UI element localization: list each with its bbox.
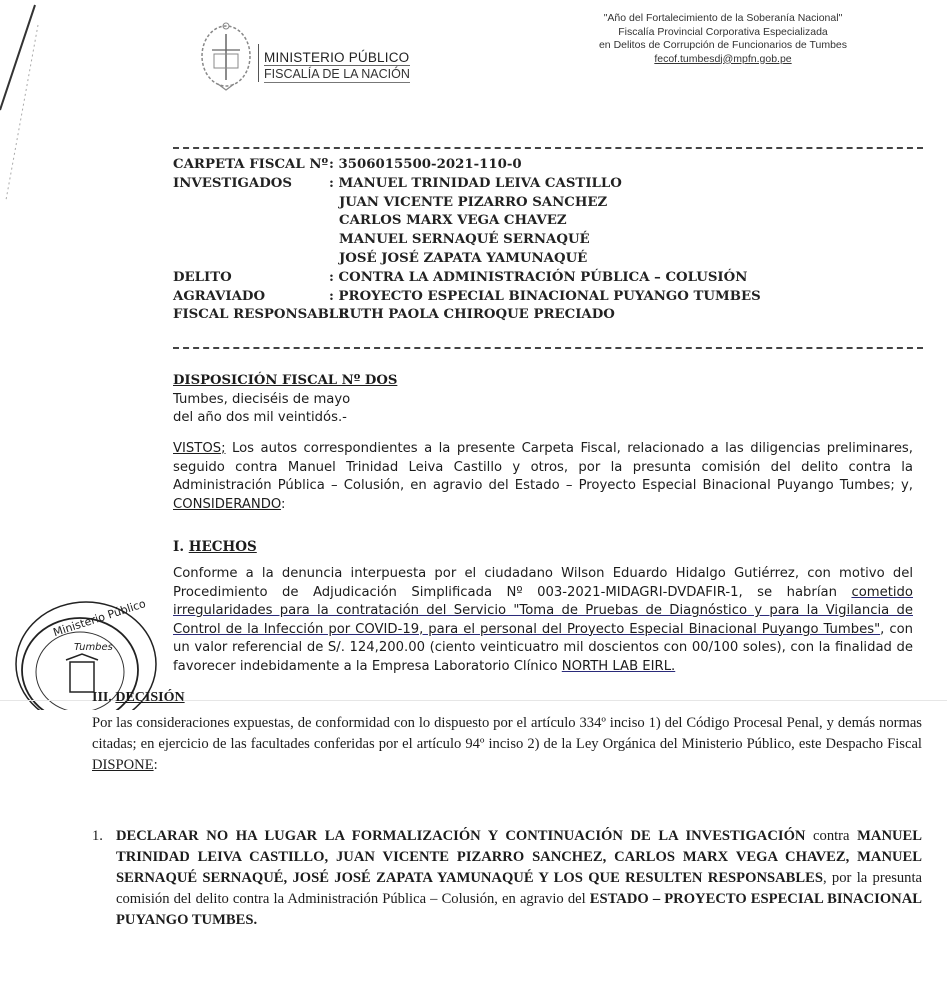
delito-row: DELITO : CONTRA LA ADMINISTRACIÓN PÚBLIC… <box>173 269 761 288</box>
agraviado-label: AGRAVIADO <box>173 288 329 307</box>
decision-paragraph: Por las consideraciones expuestas, de co… <box>92 713 922 776</box>
decision-title: DECISIÓN <box>115 690 184 705</box>
disposicion-title: DISPOSICIÓN FISCAL Nº DOS <box>173 372 397 391</box>
considerando-label: CONSIDERANDO <box>173 497 281 512</box>
fiscal-value: : RUTH PAOLA CHIROQUE PRECIADO <box>329 306 615 325</box>
decision-item-number: 1. <box>92 826 103 847</box>
investigados-label: INVESTIGADOS <box>173 175 329 194</box>
decision-item: 1. DECLARAR NO HA LUGAR LA FORMALIZACIÓN… <box>92 826 922 931</box>
year-motto: "Año del Fortalecimiento de la Soberanía… <box>548 12 898 26</box>
hechos-paragraph: Conforme a la denuncia interpuesta por e… <box>173 565 913 677</box>
item-bold-a: DECLARAR NO HA LUGAR LA FORMALIZACIÓN Y … <box>116 828 805 844</box>
disposicion-date-line1: Tumbes, dieciséis de mayo <box>173 391 397 410</box>
hechos-number: I. <box>173 539 184 555</box>
case-metadata: CARPETA FISCAL Nº : 3506015500-2021-110-… <box>173 156 761 325</box>
org-line2: FISCALÍA DE LA NACIÓN <box>264 67 410 83</box>
org-line1: MINISTERIO PÚBLICO <box>264 50 410 66</box>
carpeta-value: : 3506015500-2021-110-0 <box>329 156 522 175</box>
decision-text: Por las consideraciones expuestas, de co… <box>92 715 922 752</box>
office-line1: Fiscalía Provincial Corporativa Especial… <box>548 26 898 40</box>
header-divider <box>258 44 259 82</box>
decision-end: : <box>154 757 158 773</box>
organization-name: MINISTERIO PÚBLICO FISCALÍA DE LA NACIÓN <box>264 50 410 83</box>
investigado-name: JUAN VICENTE PIZARRO SANCHEZ <box>173 194 761 213</box>
agraviado-row: AGRAVIADO : PROYECTO ESPECIAL BINACIONAL… <box>173 288 761 307</box>
office-header: "Año del Fortalecimiento de la Soberanía… <box>548 12 898 66</box>
decision-heading: III. DECISIÓN <box>92 690 185 706</box>
margin-pen-stroke <box>0 0 60 200</box>
office-email-link[interactable]: fecof.tumbesdj@mpfn.gob.pe <box>548 53 898 67</box>
decision-number: III. <box>92 690 112 705</box>
ministerio-crest-icon <box>196 16 256 94</box>
vistos-paragraph: VISTOS; Los autos correspondientes a la … <box>173 440 913 514</box>
disposicion-block: DISPOSICIÓN FISCAL Nº DOS Tumbes, diecis… <box>173 372 397 428</box>
fiscal-row: FISCAL RESPONSABLE : RUTH PAOLA CHIROQUE… <box>173 306 761 325</box>
investigado-name: JOSÉ JOSÉ ZAPATA YAMUNAQUÉ <box>173 250 761 269</box>
vistos-text: Los autos correspondientes a la presente… <box>173 441 913 493</box>
item-plain-a: contra <box>805 828 857 844</box>
agraviado-value: : PROYECTO ESPECIAL BINACIONAL PUYANGO T… <box>329 288 761 307</box>
hechos-text-a: Conforme a la denuncia interpuesta por e… <box>173 566 913 600</box>
carpeta-row: CARPETA FISCAL Nº : 3506015500-2021-110-… <box>173 156 761 175</box>
separator-bottom <box>173 347 923 349</box>
vistos-end: : <box>281 497 285 512</box>
dispone-label: DISPONE <box>92 757 154 773</box>
vistos-lead: VISTOS; <box>173 441 226 456</box>
svg-text:Tumbes: Tumbes <box>74 642 113 653</box>
hechos-heading: I. HECHOS <box>173 539 257 555</box>
separator-top <box>173 147 923 149</box>
carpeta-label: CARPETA FISCAL Nº <box>173 156 329 175</box>
investigado-name: MANUEL SERNAQUÉ SERNAQUÉ <box>173 231 761 250</box>
delito-label: DELITO <box>173 269 329 288</box>
investigado-name: CARLOS MARX VEGA CHAVEZ <box>173 212 761 231</box>
delito-value: : CONTRA LA ADMINISTRACIÓN PÚBLICA – COL… <box>329 269 747 288</box>
hechos-title: HECHOS <box>189 539 257 555</box>
investigados-row: INVESTIGADOS : MANUEL TRINIDAD LEIVA CAS… <box>173 175 761 194</box>
disposicion-date-line2: del año dos mil veintidós.- <box>173 409 397 428</box>
investigado-name: : MANUEL TRINIDAD LEIVA CASTILLO <box>329 175 622 194</box>
decision-item-text: DECLARAR NO HA LUGAR LA FORMALIZACIÓN Y … <box>116 826 922 931</box>
hechos-company: NORTH LAB EIRL. <box>562 659 675 674</box>
office-line2: en Delitos de Corrupción de Funcionarios… <box>548 39 898 53</box>
fiscal-label: FISCAL RESPONSABLE <box>173 306 329 325</box>
